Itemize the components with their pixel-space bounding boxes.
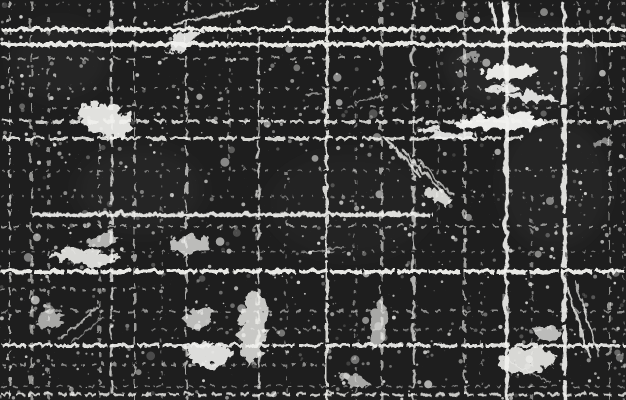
grunge-texture-image [0,0,626,400]
grunge-texture-svg [0,0,626,400]
white-dust-overlay [0,0,626,400]
